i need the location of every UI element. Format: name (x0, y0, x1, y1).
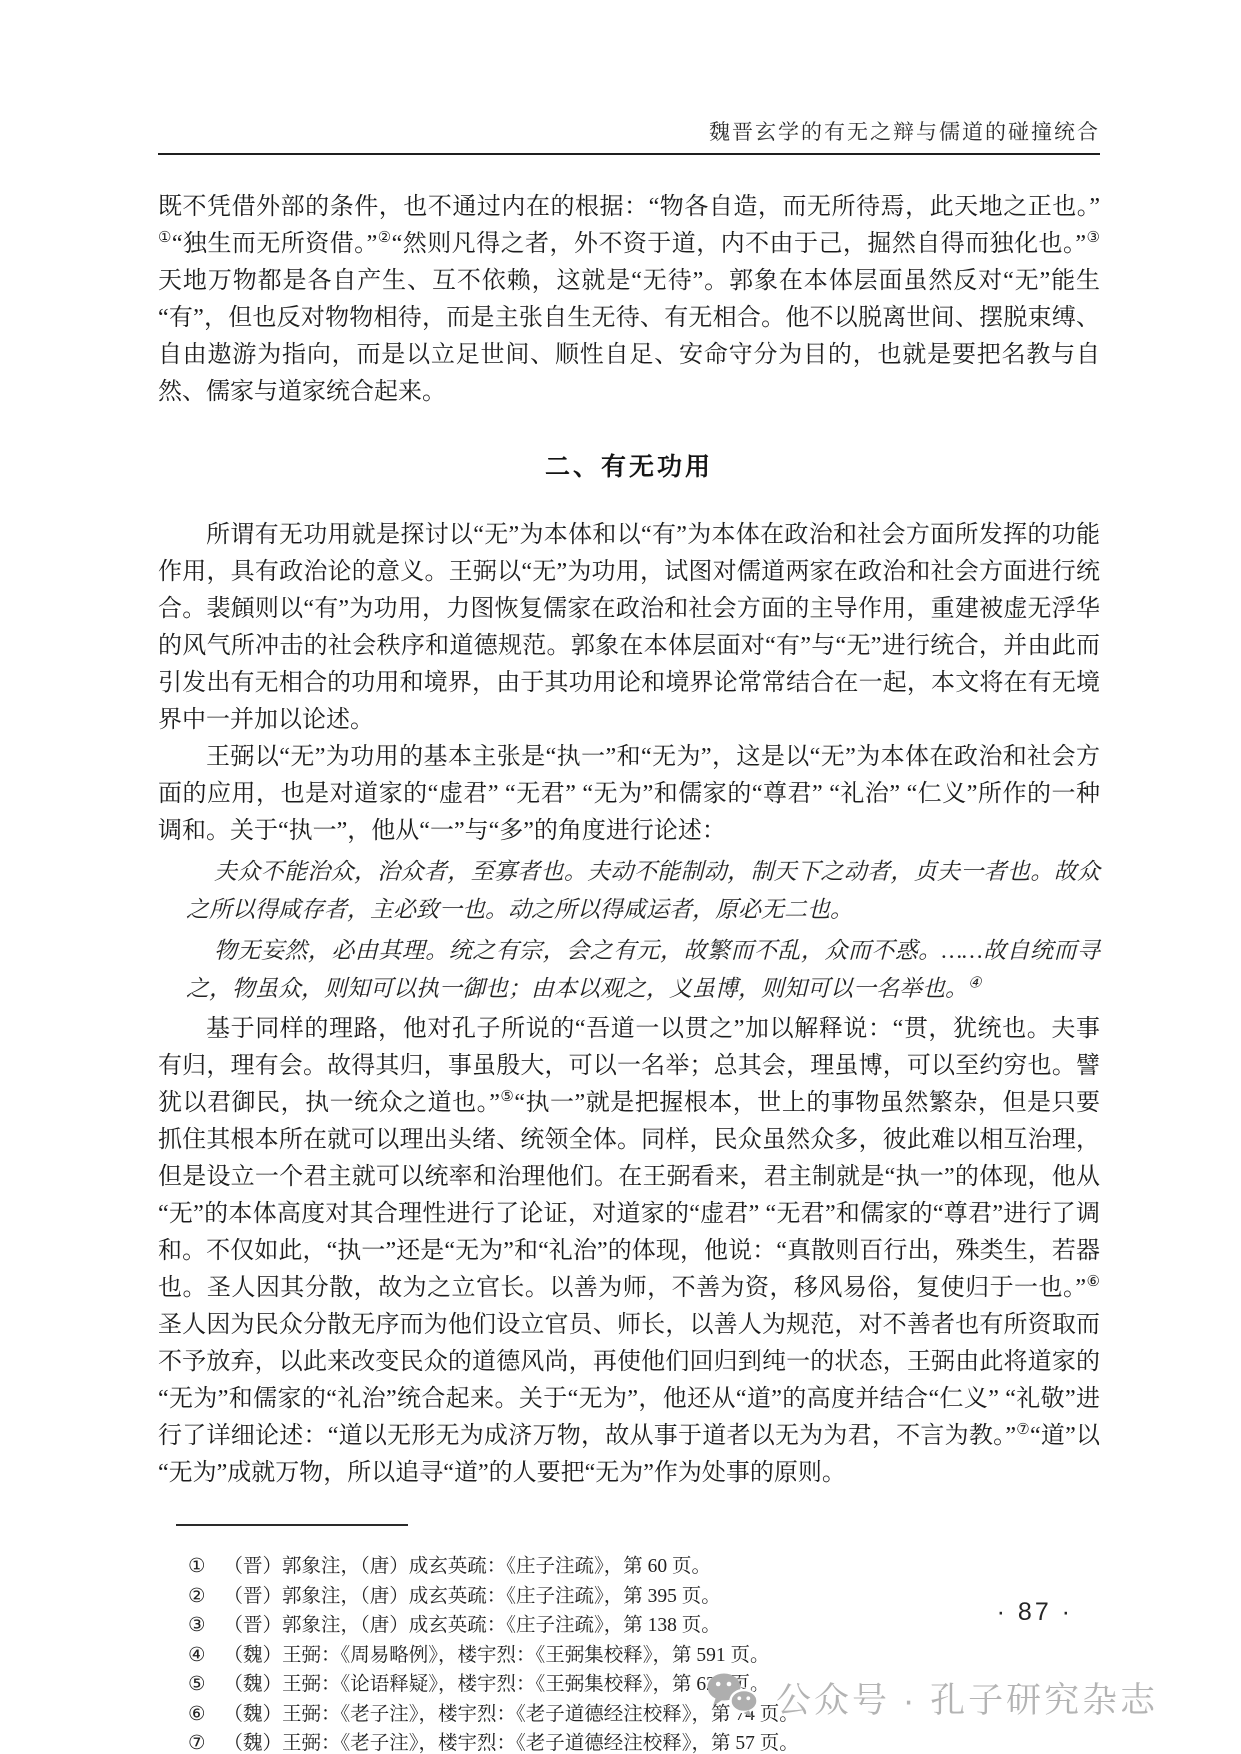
footnote-ref: ⑤ (500, 1089, 514, 1105)
block-quote: 夫众不能治众，治众者，至寡者也。夫动不能制动，制天下之动者，贞夫一者也。故众之所… (186, 853, 1100, 929)
article-body: 既不凭借外部的条件，也不通过内在的根据：“物各自造，而无所待焉，此天地之正也。”… (158, 189, 1100, 1492)
footnote-marker: ⑦ (188, 1729, 205, 1754)
footnote-text: （魏）王弼：《周易略例》，楼宇烈：《王弼集校释》，第 591 页。 (223, 1641, 1100, 1671)
footnote-marker: ⑤ (188, 1670, 205, 1700)
scanned-journal-page: { "page": { "running_title": "魏晋玄学的有无之辩与… (0, 0, 1241, 1754)
footnote-text: （晋）郭象注，（唐）成玄英疏：《庄子注疏》，第 60 页。 (223, 1552, 1100, 1582)
footnote-ref: ⑥ (1086, 1274, 1100, 1290)
page-content: 魏晋玄学的有无之辩与儒道的碰撞统合 既不凭借外部的条件，也不通过内在的根据：“物… (158, 0, 1100, 1754)
footnote-ref: ② (377, 230, 391, 246)
paragraph: 所谓有无功用就是探讨以“无”为本体和以“有”为本体在政治和社会方面所发挥的功能作… (158, 517, 1100, 739)
watermark-text: 公众号 · 孔子研究杂志 (776, 1673, 1158, 1723)
footnote-separator (176, 1524, 408, 1526)
footnote-item: ⑦（魏）王弼：《老子注》，楼宇烈：《老子道德经注校释》，第 57 页。 (188, 1729, 1100, 1754)
footnote-marker: ① (188, 1552, 205, 1582)
footnote-ref: ① (158, 230, 172, 246)
footnote-marker: ③ (188, 1611, 205, 1641)
block-quote: 物无妄然，必由其理。统之有宗，会之有元，故繁而不乱，众而不惑。……故自统而寻之，… (186, 932, 1100, 1008)
paragraph: 基于同样的理路，他对孔子所说的“吾道一以贯之”加以解释说：“贯，犹统也。夫事有归… (158, 1011, 1100, 1492)
footnote-item: ③（晋）郭象注，（唐）成玄英疏：《庄子注疏》，第 138 页。 (188, 1611, 1100, 1641)
footnote-item: ④（魏）王弼：《周易略例》，楼宇烈：《王弼集校释》，第 591 页。 (188, 1641, 1100, 1671)
footnote-ref: ③ (1086, 230, 1100, 246)
footnote-marker: ④ (188, 1641, 205, 1671)
footnote-ref: ⑦ (1016, 1422, 1030, 1438)
footnote-marker: ⑥ (188, 1700, 205, 1730)
footnote-text: （魏）王弼：《老子注》，楼宇烈：《老子道德经注校释》，第 57 页。 (223, 1729, 1100, 1754)
footnote-marker: ② (188, 1582, 205, 1612)
paragraph: 王弼以“无”为功用的基本主张是“执一”和“无为”，这是以“无”为本体在政治和社会… (158, 739, 1100, 850)
watermark: 公众号 · 孔子研究杂志 (706, 1672, 1158, 1723)
footnote-ref: ④ (968, 975, 981, 991)
footnote-text: （晋）郭象注，（唐）成玄英疏：《庄子注疏》，第 138 页。 (223, 1611, 1100, 1641)
footnote-item: ①（晋）郭象注，（唐）成玄英疏：《庄子注疏》，第 60 页。 (188, 1552, 1100, 1582)
page-number: · 87 · (997, 1598, 1073, 1627)
paragraph: 既不凭借外部的条件，也不通过内在的根据：“物各自造，而无所待焉，此天地之正也。”… (158, 189, 1100, 411)
section-heading: 二、有无功用 (158, 451, 1100, 485)
running-title: 魏晋玄学的有无之辩与儒道的碰撞统合 (158, 0, 1100, 146)
footnote-text: （晋）郭象注，（唐）成玄英疏：《庄子注疏》，第 395 页。 (223, 1582, 1100, 1612)
wechat-icon (706, 1672, 760, 1723)
footnote-item: ②（晋）郭象注，（唐）成玄英疏：《庄子注疏》，第 395 页。 (188, 1582, 1100, 1612)
footnote-list: ①（晋）郭象注，（唐）成玄英疏：《庄子注疏》，第 60 页。②（晋）郭象注，（唐… (158, 1552, 1100, 1754)
header-rule (158, 153, 1100, 155)
